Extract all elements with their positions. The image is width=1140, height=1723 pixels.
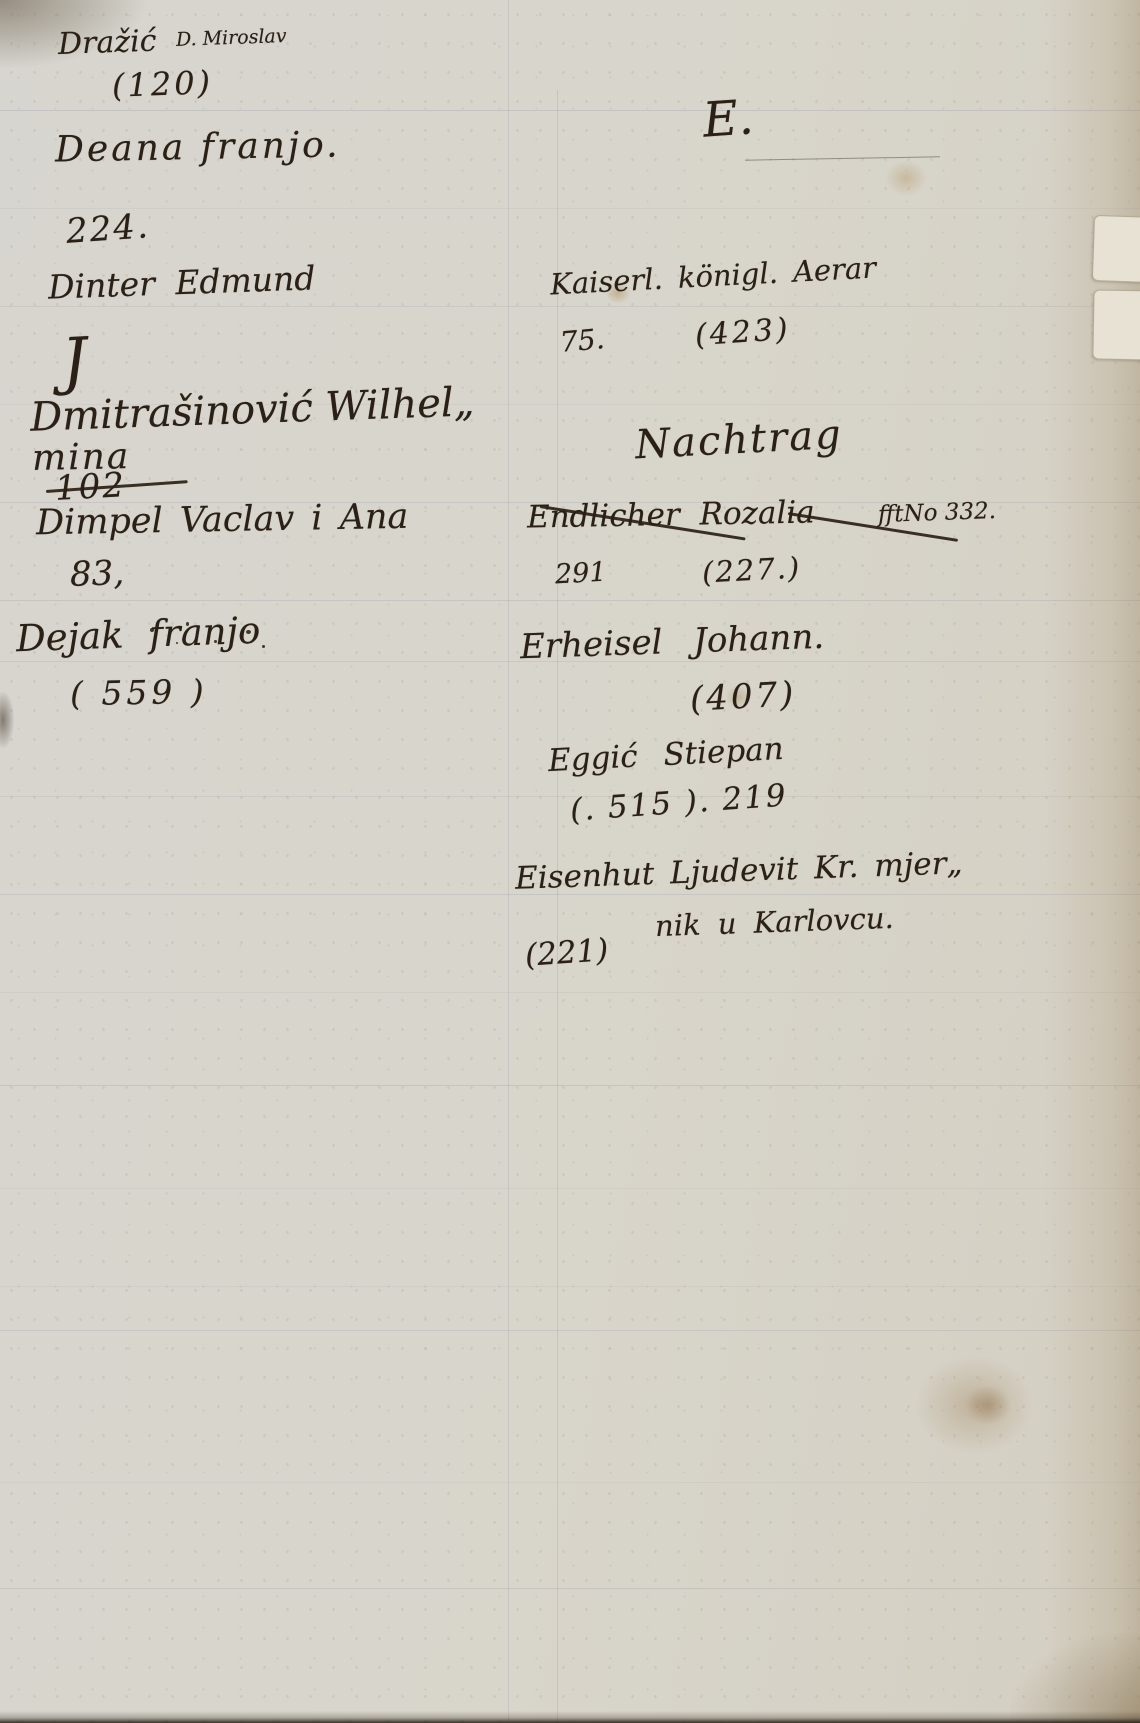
flourish-initial: J	[60, 329, 88, 392]
entry-eisenhut-cont: nik u Karlovcu.	[655, 904, 895, 941]
section-heading-e: E.	[701, 93, 755, 144]
page-bottom-edge	[0, 1711, 1140, 1723]
paper-repair-slip	[1092, 289, 1140, 360]
entry-eggic: Eggić Stiepan	[547, 734, 784, 777]
heading-underline	[745, 156, 940, 160]
ruled-line	[0, 1286, 1140, 1287]
paper-repair-slip	[1092, 215, 1140, 283]
stain	[885, 160, 927, 196]
subheading-nachtrag: Nachtrag	[634, 415, 843, 466]
ruled-line	[0, 1588, 1140, 1589]
entry-deana-ref: 224.	[65, 209, 151, 249]
entry-dimpel-ref: 83,	[69, 556, 124, 592]
ruled-line	[0, 992, 1140, 993]
entry-drazic-ref: (120)	[111, 66, 213, 102]
stain	[965, 1385, 1011, 1425]
stain	[915, 1355, 1035, 1455]
entry-deana: Deana franjo.	[55, 128, 341, 169]
register-page-scan: Dražić D. Miroslav (120) Deana franjo. 2…	[0, 0, 1140, 1723]
entry-dimpel: Dimpel Vaclav i Ana	[36, 500, 409, 541]
entry-drazic-name: Dražić	[57, 24, 157, 62]
entry-endlicher-ref: (227.)	[701, 553, 802, 587]
entry-aerar: Kaiserl. königl. Aerar	[549, 253, 876, 299]
entry-eisenhut: Eisenhut Ljudevit Kr. mjer„	[515, 848, 963, 895]
entry-dejak: Dejak franjo	[15, 612, 260, 658]
page-corner-stain	[1010, 1633, 1140, 1723]
entry-endlicher-note: fftNo 332.	[878, 500, 997, 527]
entry-drazic: Dražić D. Miroslav	[58, 22, 288, 60]
ruled-line	[0, 1188, 1140, 1189]
ruled-line	[0, 1482, 1140, 1483]
entry-drazic-detail: D. Miroslav	[176, 25, 287, 51]
stain	[0, 692, 14, 748]
entry-dinter: Dinter Edmund	[48, 261, 316, 303]
entry-erheisel-ref: (407)	[689, 677, 797, 717]
ruled-line	[0, 208, 1140, 209]
ink-speck	[262, 645, 265, 648]
entry-dmitrasinovic: Dmitrašinović Wilhel„	[29, 382, 475, 437]
entry-aerar-page: 75.	[559, 325, 606, 357]
margin-crease-line	[557, 90, 558, 1723]
entry-eggic-ref: (. 515 ). 219	[569, 780, 788, 826]
entry-eisenhut-ref: (221)	[524, 935, 609, 972]
ruled-line	[0, 600, 1140, 601]
ruled-line	[0, 110, 1140, 111]
entry-endlicher-page: 291	[554, 559, 607, 589]
column-divider-line	[508, 0, 509, 1723]
entry-aerar-ref: (423)	[694, 315, 792, 352]
ruled-line	[0, 306, 1140, 307]
entry-dejak-ref: ( 559 )	[70, 675, 208, 710]
entry-erheisel: Erheisel Johann.	[519, 620, 824, 665]
ruled-line	[0, 1085, 1140, 1086]
ruled-line	[0, 1330, 1140, 1331]
